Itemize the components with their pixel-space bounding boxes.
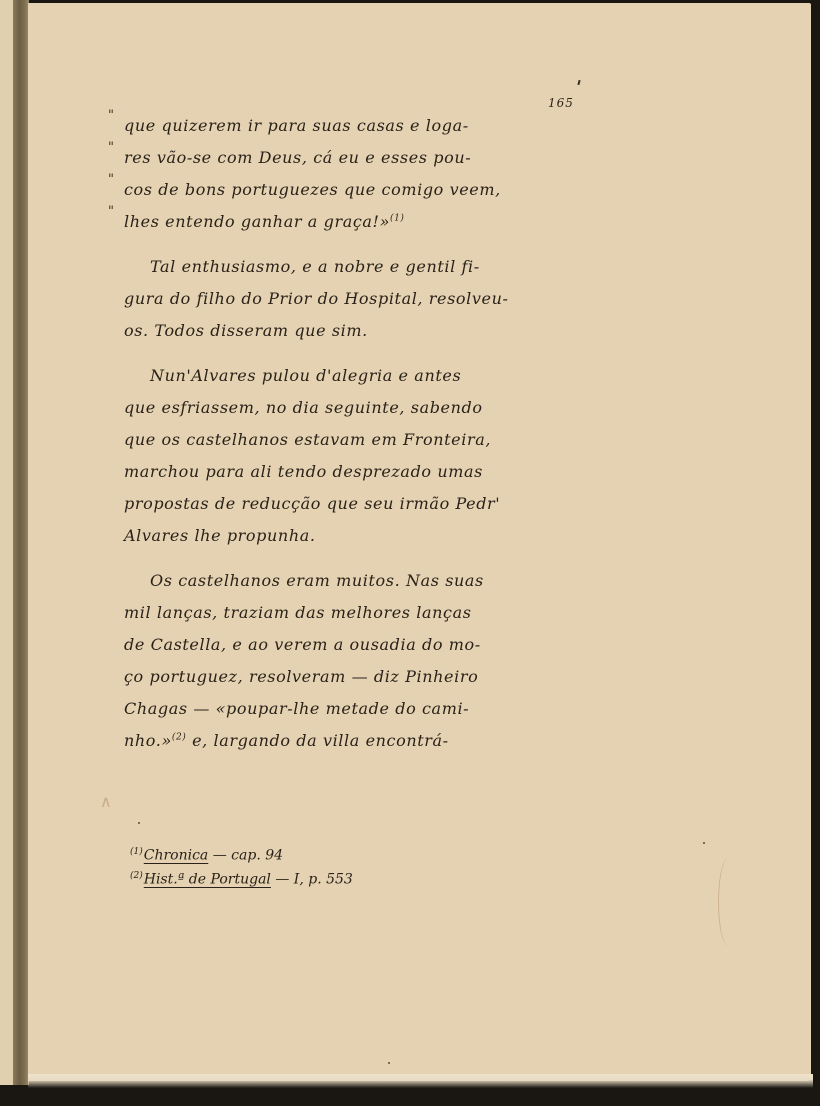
text-line: Nun'Alvares pulou d'alegria e antes bbox=[124, 360, 594, 392]
text-line: que os castelhanos estavam em Fronteira, bbox=[124, 424, 594, 456]
text-line: Tal enthusiasmo, e a nobre e gentil fi- bbox=[124, 251, 594, 283]
paper-speck bbox=[703, 842, 705, 844]
body-text: " que quizerem ir para suas casas e loga… bbox=[124, 110, 594, 757]
text-line: " res vão-se com Deus, cá eu e esses pou… bbox=[124, 142, 594, 174]
margin-pencil-mark: ∧ bbox=[100, 792, 112, 811]
text-line: Os castelhanos eram muitos. Nas suas bbox=[124, 565, 594, 597]
facing-page-edge bbox=[0, 0, 14, 1085]
paper-speck bbox=[388, 1062, 390, 1064]
footnotes: (1)Chronica — cap. 94 (2)Hist.ª de Portu… bbox=[130, 840, 550, 888]
footnote-ref-2: (2) bbox=[172, 733, 187, 743]
ditto-quote-mark: " bbox=[108, 196, 115, 228]
text-line: propostas de reducção que seu irmão Pedr… bbox=[124, 488, 594, 520]
paper-speck bbox=[138, 822, 140, 824]
text-line: " que quizerem ir para suas casas e loga… bbox=[124, 110, 594, 142]
text-line: ço portuguez, resolveram — diz Pinheiro bbox=[124, 661, 594, 693]
text-line: de Castella, e ao verem a ousadia do mo- bbox=[124, 629, 594, 661]
text-line: marchou para ali tendo desprezado umas bbox=[124, 456, 594, 488]
footnote-2: (2)Hist.ª de Portugal — I, p. 553 bbox=[130, 864, 550, 888]
book-spine bbox=[13, 0, 29, 1085]
footnote-title: Chronica bbox=[144, 848, 209, 864]
scanned-page: 165 " que quizerem ir para suas casas e … bbox=[0, 0, 820, 1106]
page-bottom-edge bbox=[28, 1074, 813, 1088]
footnote-ref-1: (1) bbox=[390, 214, 405, 224]
stray-hair-mark bbox=[718, 858, 739, 946]
text-line: " lhes entendo ganhar a graça!»(1) bbox=[124, 206, 594, 238]
ditto-quote-mark: " bbox=[108, 164, 115, 196]
text-line: gura do filho do Prior do Hospital, reso… bbox=[124, 283, 594, 315]
footnote-title: Hist.ª de Portugal bbox=[144, 872, 271, 888]
text-line: nho.»(2) e, largando da villa encontrá- bbox=[124, 725, 594, 757]
text-line: que esfriassem, no dia seguinte, sabendo bbox=[124, 392, 594, 424]
page-number: 165 bbox=[548, 96, 574, 110]
ditto-quote-mark: " bbox=[108, 100, 115, 132]
footnote-1: (1)Chronica — cap. 94 bbox=[130, 840, 550, 864]
text-line: Chagas — «poupar-lhe metade do cami- bbox=[124, 693, 594, 725]
ditto-quote-mark: " bbox=[108, 132, 115, 164]
text-line: Alvares lhe propunha. bbox=[124, 520, 594, 552]
text-line: mil lanças, traziam das melhores lanças bbox=[124, 597, 594, 629]
text-line: os. Todos disseram que sim. bbox=[124, 315, 594, 347]
text-line: " cos de bons portuguezes que comigo vee… bbox=[124, 174, 594, 206]
